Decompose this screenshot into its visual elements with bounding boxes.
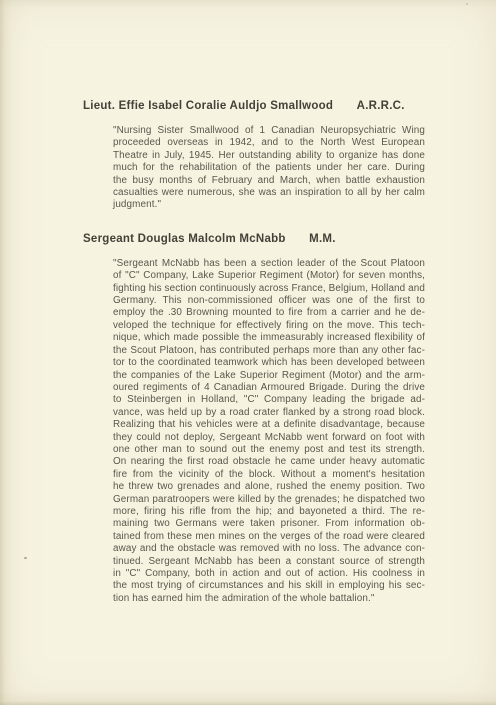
recipient-name: Sergeant Douglas Malcolm McNabb [83, 233, 286, 245]
citation-line: fighting his section continuously across… [113, 283, 425, 295]
citation-line: Theatre in July, 1945. Her outstanding a… [113, 150, 425, 162]
citation-line: Germany. This non-commissioned officer w… [113, 295, 425, 307]
citation-line: away and the obstacle was removed with n… [113, 543, 425, 555]
citation-line: proceeded overseas in 1942, and to the N… [113, 137, 425, 149]
citation-line: German paratroopers were killed by the g… [113, 494, 425, 506]
citation-line: he threw two grenades and alone, rushed … [113, 481, 425, 493]
citation-line: vance, was held up by a road crater flan… [113, 407, 425, 419]
citation-text: "Nursing Sister Smallwood of 1 Canadian … [113, 125, 425, 212]
citation-heading: Sergeant Douglas Malcolm McNabb M.M. [83, 233, 433, 245]
citation-line: employ the .30 Browning mounted to fire … [113, 307, 425, 319]
citation-section-mcnabb: Sergeant Douglas Malcolm McNabb M.M. "Se… [83, 233, 433, 605]
citation-line: in "C" Company, both in action and out o… [113, 568, 425, 580]
citation-line: the busy months of February and March, w… [113, 175, 425, 187]
citation-line: more, firing his rifle from the hip; and… [113, 506, 425, 518]
citation-line: On nearing the first road obstacle he ca… [113, 456, 425, 468]
citation-line: the Scout Platoon, has contributed perha… [113, 345, 425, 357]
citation-line: one other man to sound out the enemy pos… [113, 444, 425, 456]
citation-line: judgment." [113, 199, 425, 211]
citation-line: tained from these men mines on the verge… [113, 531, 425, 543]
citation-section-smallwood: Lieut. Effie Isabel Coralie Auldjo Small… [83, 100, 433, 212]
citation-line: maining two Germans were taken prisoner.… [113, 518, 425, 530]
citation-line: fire from the vicinity of the block. Wit… [113, 469, 425, 481]
citation-line: they could not deploy, Sergeant McNabb w… [113, 432, 425, 444]
citations-content: Lieut. Effie Isabel Coralie Auldjo Small… [83, 100, 433, 605]
citation-line: to Steinbergen in Holland, "C" Company l… [113, 394, 425, 406]
citation-line: oured regiments of 4 Canadian Armoured B… [113, 382, 425, 394]
citation-line: tinued. Sergeant McNabb has been a const… [113, 556, 425, 568]
citation-line: Realizing that his vehicles were at a de… [113, 419, 425, 431]
citation-line: the companies of the Lake Superior Regim… [113, 370, 425, 382]
citation-line: "Nursing Sister Smallwood of 1 Canadian … [113, 125, 425, 137]
citation-line: tor to the coordinated teamwork which ha… [113, 357, 425, 369]
citation-line: the most trying of circumstances and his… [113, 580, 425, 592]
scan-speck [466, 3, 468, 5]
citation-line: casualties were numerous, she was an ins… [113, 187, 425, 199]
citation-line: veloped the technique for effectively fi… [113, 320, 425, 332]
citation-text: "Sergeant McNabb has been a section lead… [113, 258, 425, 605]
citation-line: much for the rehabilitation of the patie… [113, 162, 425, 174]
citation-heading: Lieut. Effie Isabel Coralie Auldjo Small… [83, 100, 433, 112]
citation-line: of "C" Company, Lake Superior Regiment (… [113, 270, 425, 282]
citation-line: nique, which made possible the immeasura… [113, 332, 425, 344]
scan-speck [24, 557, 27, 559]
decoration-abbreviation: A.R.R.C. [357, 100, 405, 112]
citation-line: "Sergeant McNabb has been a section lead… [113, 258, 425, 270]
recipient-name: Lieut. Effie Isabel Coralie Auldjo Small… [83, 100, 333, 112]
decoration-abbreviation: M.M. [309, 233, 336, 245]
scanned-book-page: Lieut. Effie Isabel Coralie Auldjo Small… [0, 0, 496, 705]
citation-line: tion has earned him the admiration of th… [113, 593, 425, 605]
